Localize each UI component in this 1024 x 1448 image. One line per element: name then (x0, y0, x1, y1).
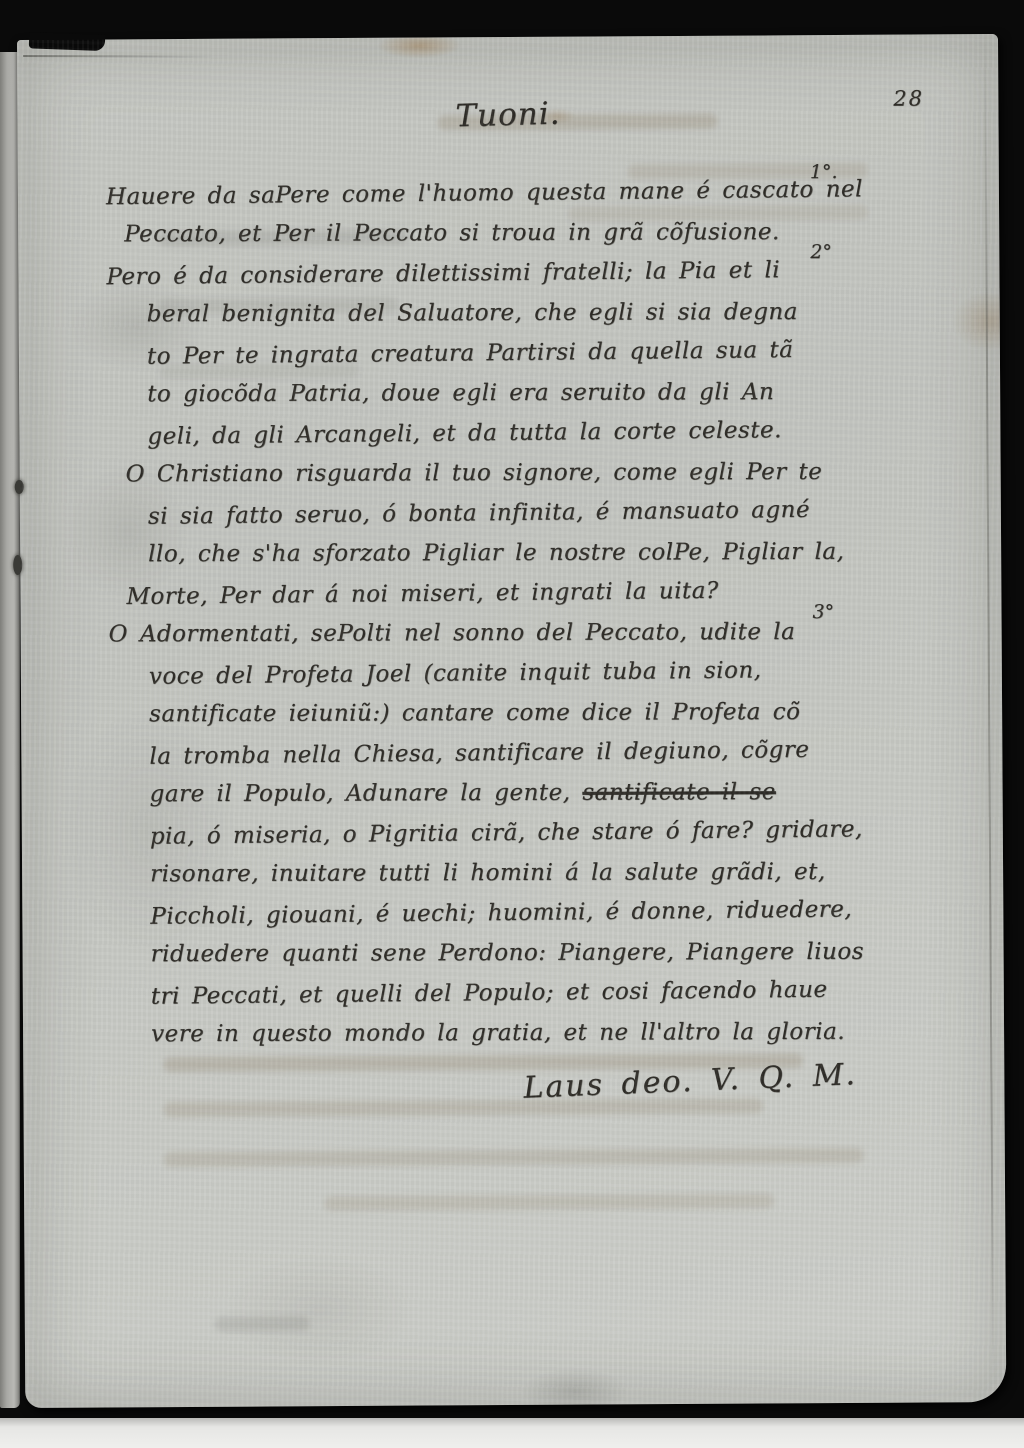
manuscript-line: to giocõda Patria, doue egli era seruito… (107, 372, 907, 415)
line-text: Morte, Per dar á noi miseri, et ingrati … (126, 578, 719, 610)
line-text: pia, ó miseria, o Pigritia cirã, che sta… (150, 816, 863, 849)
manuscript-line: beral benignita del Saluatore, che egli … (107, 292, 907, 335)
line-text: Peccato, et Per il Peccato si troua in g… (124, 219, 780, 247)
manuscript-line: risonare, inuitare tutti li homini á la … (110, 852, 910, 895)
margin-ordinal-note: 2° (810, 241, 832, 263)
line-text: beral benignita del Saluatore, che egli … (147, 299, 798, 327)
line-text: riduedere quanti sene Perdono: Piangere,… (151, 939, 865, 967)
manuscript-line: O Christiano risguarda il tuo signore, c… (108, 452, 908, 495)
manuscript-line: si sia fatto seruo, ó bonta infinita, é … (108, 489, 908, 537)
line-text: O Adormentati, sePolti nel sonno del Pec… (109, 619, 796, 647)
manuscript-line: geli, da gli Arcangeli, et da tutta la c… (107, 409, 907, 457)
line-text: geli, da gli Arcangeli, et da tutta la c… (147, 417, 782, 450)
line-text: si sia fatto seruo, ó bonta infinita, é … (148, 497, 810, 530)
bleedthrough-ghost (164, 1148, 864, 1167)
line-text: Piccholi, giouani, é uechi; huomini, é d… (150, 896, 852, 929)
manuscript-line: voce del Profeta Joel (canite inquit tub… (109, 649, 909, 697)
page-title: Tuoni. (17, 84, 999, 147)
wormhole-spot (13, 555, 22, 575)
manuscript-line: santificate ieiuniũ:) cantare come dice … (109, 692, 909, 735)
scan-bottom-strip (0, 1418, 1024, 1448)
manuscript-line: pia, ó miseria, o Pigritia cirã, che sta… (110, 809, 910, 857)
margin-ordinal-note: 3° (812, 601, 834, 623)
line-text: Hauere da saPere come l'huomo questa man… (106, 176, 863, 210)
manuscript-line: gare il Populo, Adunare la gente, santif… (110, 772, 910, 815)
bleedthrough-ghost (163, 1098, 763, 1117)
margin-notes: 1°.2°3° (17, 34, 998, 40)
closing-line: Laus deo. V. Q. M. (523, 1057, 858, 1106)
struck-text: santificate il se (582, 779, 776, 806)
line-text: O Christiano risguarda il tuo signore, c… (126, 459, 823, 487)
manuscript-line: Hauere da saPere come l'huomo questa man… (106, 169, 906, 217)
manuscript-line: tri Peccati, et quelli del Populo; et co… (111, 969, 911, 1017)
dogear-corner-shadow (29, 32, 106, 51)
line-text: santificate ieiuniũ:) cantare come dice … (149, 699, 800, 727)
page-right-edge (984, 34, 994, 1388)
paper-crease (23, 55, 213, 58)
margin-ordinal-note: 1°. (810, 161, 838, 183)
line-text: to Per te ingrata creatura Partirsi da q… (147, 337, 794, 370)
manuscript-line: llo, che s'ha sforzato Pigliar le nostre… (108, 532, 908, 575)
line-text: risonare, inuitare tutti li homini á la … (150, 859, 826, 887)
line-text: llo, che s'ha sforzato Pigliar le nostre… (148, 539, 844, 567)
manuscript-page: 28 Tuoni. Hauere da saPere come l'huomo … (17, 34, 1006, 1408)
text-block: Hauere da saPere come l'huomo questa man… (106, 171, 911, 1056)
prev-page-edge (0, 52, 20, 1408)
manuscript-line: Piccholi, giouani, é uechi; huomini, é d… (110, 889, 910, 937)
line-text: vere in questo mondo la gratia, et ne ll… (151, 1019, 845, 1047)
manuscript-line: Pero é da considerare dilettissimi frate… (106, 249, 906, 297)
manuscript-line: vere in questo mondo la gratia, et ne ll… (111, 1012, 911, 1055)
manuscript-line: Peccato, et Per il Peccato si troua in g… (106, 212, 906, 255)
manuscript-line: to Per te ingrata creatura Partirsi da q… (107, 329, 907, 377)
manuscript-line: O Adormentati, sePolti nel sonno del Pec… (109, 612, 909, 655)
wormhole-spot (15, 480, 24, 494)
manuscript-scan: 28 Tuoni. Hauere da saPere come l'huomo … (0, 0, 1024, 1448)
line-text: Pero é da considerare dilettissimi frate… (106, 257, 780, 290)
manuscript-line: Morte, Per dar á noi miseri, et ingrati … (108, 569, 908, 617)
line-text: to giocõda Patria, doue egli era seruito… (147, 379, 774, 407)
manuscript-line: la tromba nella Chiesa, santificare il d… (109, 729, 909, 777)
bleedthrough-ghost (215, 1316, 310, 1332)
line-text: gare il Populo, Adunare la gente, (150, 780, 583, 808)
line-text: voce del Profeta Joel (canite inquit tub… (149, 657, 762, 689)
manuscript-line: riduedere quanti sene Perdono: Piangere,… (111, 932, 911, 975)
line-text: la tromba nella Chiesa, santificare il d… (149, 737, 809, 770)
line-text: tri Peccati, et quelli del Populo; et co… (151, 977, 828, 1010)
bleedthrough-ghost (324, 1193, 774, 1211)
